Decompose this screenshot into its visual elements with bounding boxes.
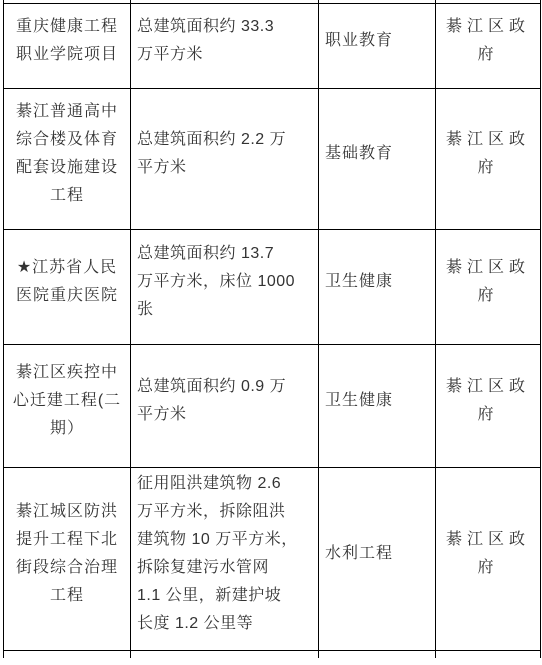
- cell-project-name: 重庆健康工程 职业学院项目: [4, 3, 131, 88]
- table-row: ★江苏省人民 医院重庆医院总建筑面积约 13.7 万平方米，床位 1000 张卫…: [4, 229, 541, 344]
- cell-industry-category: 水利工程: [319, 467, 436, 650]
- cell-construction-scale: 总建筑面积约 33.3 万平方米: [131, 3, 319, 88]
- cell-responsible-unit: 綦江区政 府: [436, 3, 541, 88]
- cell-project-name: ★江苏省人民 医院重庆医院: [4, 229, 131, 344]
- cell-responsible-unit: 綦江区政 府: [436, 88, 541, 229]
- cell-responsible-unit: 綦江区政 府: [436, 467, 541, 650]
- cell-project-name: 綦江普通高中 综合楼及体育 配套设施建设 工程: [4, 88, 131, 229]
- cell-construction-scale: 总建筑面积约 2.2 万 平方米: [131, 88, 319, 229]
- document-page: 重庆健康工程 职业学院项目总建筑面积约 33.3 万平方米职业教育綦江区政 府綦…: [0, 0, 542, 665]
- cell-responsible-unit: 綦江区政 府: [436, 229, 541, 344]
- cell-industry-category: 职业教育: [319, 3, 436, 88]
- cell-industry-category: 卫生健康: [319, 344, 436, 467]
- project-table: 重庆健康工程 职业学院项目总建筑面积约 33.3 万平方米职业教育綦江区政 府綦…: [3, 0, 541, 658]
- table-row: 綦江普通高中 综合楼及体育 配套设施建设 工程总建筑面积约 2.2 万 平方米基…: [4, 88, 541, 229]
- cell-construction-scale-cutoff: [131, 650, 319, 658]
- cell-construction-scale: 征用阻洪建筑物 2.6 万平方米，拆除阻洪 建筑物 10 万平方米， 拆除复建污…: [131, 467, 319, 650]
- cell-construction-scale: 总建筑面积约 0.9 万 平方米: [131, 344, 319, 467]
- table-row: 綦江城区防洪 提升工程下北 街段综合治理 工程征用阻洪建筑物 2.6 万平方米，…: [4, 467, 541, 650]
- cell-responsible-unit-cutoff: [436, 650, 541, 658]
- partial-row-bottom: [4, 650, 541, 658]
- table-row: 綦江区疾控中 心迁建工程(二 期）总建筑面积约 0.9 万 平方米卫生健康綦江区…: [4, 344, 541, 467]
- table-row: 重庆健康工程 职业学院项目总建筑面积约 33.3 万平方米职业教育綦江区政 府: [4, 3, 541, 88]
- cell-industry-category: 卫生健康: [319, 229, 436, 344]
- cell-industry-category-cutoff: [319, 650, 436, 658]
- cell-project-name: 綦江区疾控中 心迁建工程(二 期）: [4, 344, 131, 467]
- cell-industry-category: 基础教育: [319, 88, 436, 229]
- table-body: 重庆健康工程 职业学院项目总建筑面积约 33.3 万平方米职业教育綦江区政 府綦…: [4, 0, 541, 658]
- cell-construction-scale: 总建筑面积约 13.7 万平方米，床位 1000 张: [131, 229, 319, 344]
- cell-project-name: 綦江城区防洪 提升工程下北 街段综合治理 工程: [4, 467, 131, 650]
- cell-project-name-cutoff: [4, 650, 131, 658]
- cell-responsible-unit: 綦江区政 府: [436, 344, 541, 467]
